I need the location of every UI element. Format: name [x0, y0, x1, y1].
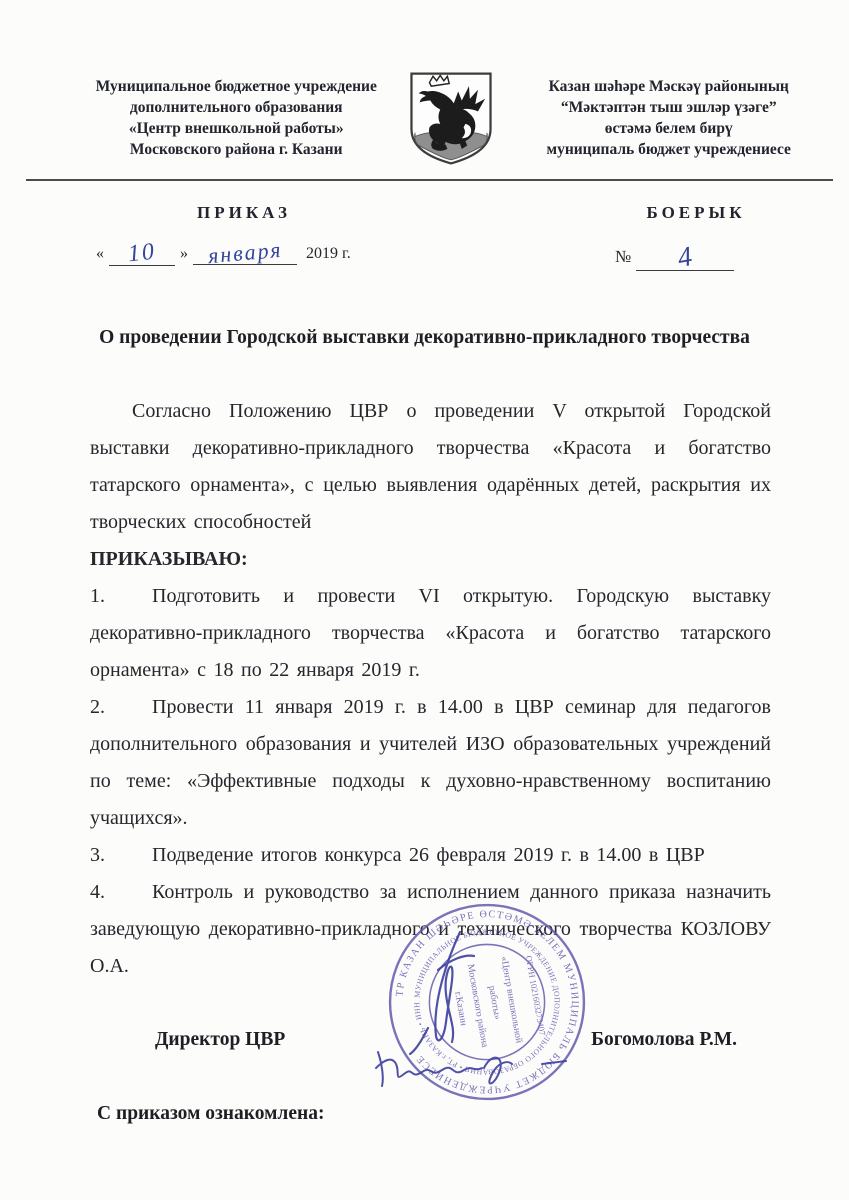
order-item: 3.Подведение итогов конкурса 26 февраля … [90, 837, 771, 874]
order-header-tatar: БОЕРЫК №4 [603, 203, 789, 271]
order-item: 2.Провести 11 января 2019 г. в 14.00 в Ц… [90, 689, 771, 837]
order-subject: О проведении Городской выставки декорати… [0, 327, 849, 349]
order-item: 1.Подготовить и провести VI открытую. Го… [90, 578, 771, 689]
director-title: Директор ЦВР [155, 1029, 285, 1051]
item-number: 2. [90, 689, 152, 726]
order-header: ПРИКАЗ «10»января 2019 г. БОЕРЫК №4 [0, 181, 849, 271]
number-sign: № [615, 247, 631, 266]
close-quote: » [180, 245, 188, 262]
letterhead-line: Муниципальное бюджетное учреждение [86, 76, 386, 97]
open-quote: « [96, 245, 104, 262]
order-number-line: №4 [603, 238, 789, 271]
letterhead-line: Московского района г. Казани [86, 139, 386, 160]
letterhead-tatar: Казан шәһәре Мәскәү районының “Мәктәптән… [526, 76, 811, 160]
order-word-tt: БОЕРЫК [603, 203, 789, 223]
acknowledgement-row: С приказом ознакомлена: [0, 1103, 849, 1125]
date-month-field: января [193, 238, 297, 265]
item-text: Подведение итогов конкурса 26 февраля 20… [152, 844, 705, 866]
date-day-field: 10 [109, 238, 175, 266]
letterhead-line: Казан шәһәре Мәскәү районының [526, 76, 811, 97]
year-text: 2019 г. [306, 245, 351, 262]
handwritten-day: 10 [127, 239, 158, 269]
letterhead-line: дополнительного образования [86, 97, 386, 118]
letterhead-line: өстәмә белем бирү [526, 118, 811, 139]
letterhead-line: муниципаль бюджет учреждениесе [526, 139, 811, 160]
order-header-russian: ПРИКАЗ «10»января 2019 г. [88, 203, 400, 271]
item-number: 3. [90, 837, 152, 874]
order-body: Согласно Положению ЦВР о проведении V от… [0, 393, 849, 985]
letterhead-line: «Центр внешкольной работы» [86, 118, 386, 139]
number-field: 4 [636, 238, 734, 271]
item-number: 1. [90, 578, 152, 615]
director-name: Богомолова Р.М. [591, 1029, 737, 1051]
kazan-coat-of-arms-icon [406, 70, 496, 167]
item-text: Провести 11 января 2019 г. в 14.00 в ЦВР… [90, 696, 771, 829]
order-date-line: «10»января 2019 г. [88, 238, 400, 266]
letterhead-line: “Мәктәптән тыш эшләр үзәге” [526, 97, 811, 118]
handwritten-month: января [207, 237, 283, 269]
scanned-order-document: Муниципальное бюджетное учреждение допол… [0, 0, 849, 1200]
item-text: Подготовить и провести VI открытую. Горо… [90, 585, 771, 681]
resolve-word: ПРИКАЗЫВАЮ: [90, 541, 771, 578]
item-number: 4. [90, 874, 152, 911]
handwritten-number: 4 [676, 241, 695, 275]
letterhead-russian: Муниципальное бюджетное учреждение допол… [86, 76, 386, 160]
order-word-ru: ПРИКАЗ [88, 203, 400, 223]
acknowledged-label: С приказом ознакомлена: [97, 1103, 325, 1124]
acknowledgement-signature-ink [366, 1034, 578, 1098]
letterhead: Муниципальное бюджетное учреждение допол… [0, 0, 849, 167]
intro-paragraph: Согласно Положению ЦВР о проведении V от… [90, 393, 771, 541]
